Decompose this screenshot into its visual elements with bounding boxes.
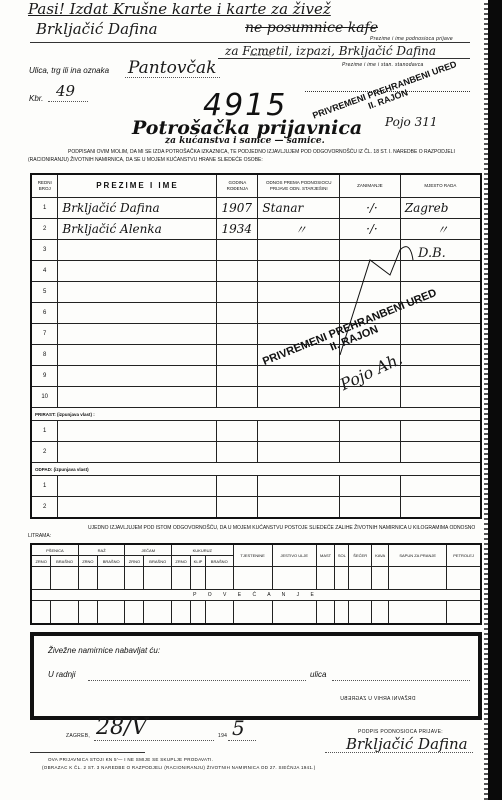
supply-cell[interactable]: [172, 601, 191, 625]
col-secer: ŠEĆER: [349, 544, 372, 567]
supplies-group-header: PŠENICA RAŽ JEČAM KUKURUZ TJESTENINE JES…: [31, 544, 481, 556]
footer-note-price: OVA PRIJAVNICA STOJI KN 5'— I NE SMIJE S…: [48, 757, 213, 762]
prirast-row: 1: [31, 421, 481, 442]
handwritten-note-line1: Pasi! Izdat Krušne karte i karte za žive…: [28, 0, 331, 18]
supply-cell[interactable]: [172, 567, 191, 590]
header-workplace: MJESTO RADA: [400, 174, 481, 198]
row-year[interactable]: 1907: [217, 198, 258, 219]
sub-brasno: BRAŠNO: [205, 556, 233, 567]
row-year[interactable]: [217, 303, 258, 324]
date-line: [94, 740, 214, 741]
sub-zrno: ZRNO: [31, 556, 51, 567]
group-raz: RAŽ: [78, 544, 125, 556]
supply-cell[interactable]: [125, 567, 144, 590]
supply-cell[interactable]: [272, 567, 316, 590]
odpad-label: ODPAD: (izpunjava vlast): [31, 463, 481, 476]
row-name[interactable]: [58, 497, 217, 519]
row-relation[interactable]: [258, 442, 340, 463]
supply-cell[interactable]: [389, 567, 447, 590]
col-tjestenine: TJESTENINE: [233, 544, 272, 567]
sub-brasno: BRAŠNO: [144, 556, 172, 567]
col-petrolej: PETROLEJ: [447, 544, 481, 567]
header-name: PREZIME I IME: [58, 174, 217, 198]
odpad-row: 1: [31, 476, 481, 497]
signature-value: Brkljačić Dafina: [346, 735, 468, 753]
house-no-value: 49: [56, 82, 75, 100]
row-year[interactable]: [217, 282, 258, 303]
row-workplace[interactable]: [400, 421, 481, 442]
sub-klip: KLIP: [191, 556, 206, 567]
row-workplace[interactable]: [400, 476, 481, 497]
label-procure: Živežne namirnice nabavljat ću:: [48, 646, 160, 655]
supply-cell[interactable]: [316, 601, 335, 625]
supply-cell[interactable]: [372, 601, 389, 625]
row-name[interactable]: [58, 442, 217, 463]
footer-rule: [30, 752, 145, 753]
supply-cell[interactable]: [447, 601, 481, 625]
row-relation[interactable]: Stanar: [258, 198, 340, 219]
store-field[interactable]: [88, 680, 306, 681]
row-relation[interactable]: [258, 240, 340, 261]
row-no: 6: [31, 303, 58, 324]
sub-zrno: ZRNO: [125, 556, 144, 567]
store-street-field[interactable]: [332, 680, 470, 681]
row-year[interactable]: [217, 476, 258, 497]
row-year[interactable]: [217, 387, 258, 408]
footer-note-regulation: (OBRAZAC K ČL. 2 ST. 3 NAREDBE O RAZPODJ…: [42, 765, 316, 770]
supply-cell[interactable]: [233, 601, 272, 625]
supply-cell[interactable]: [272, 601, 316, 625]
supply-store-box: Živežne namirnice nabavljat ću: U radnji…: [30, 632, 482, 720]
table-row: 1 Brkljačić Dafina 1907 Stanar ·/· Zagre…: [31, 198, 481, 219]
row-no: 2: [31, 442, 58, 463]
row-year[interactable]: [217, 366, 258, 387]
date-value: 28/V: [96, 715, 147, 740]
row-year[interactable]: [217, 324, 258, 345]
label-street: Ulica, trg ili ina oznaka: [29, 66, 109, 75]
row-name[interactable]: [58, 282, 217, 303]
row-relation[interactable]: [258, 497, 340, 519]
supply-cell[interactable]: [335, 601, 349, 625]
row-year[interactable]: [217, 240, 258, 261]
row-no: 4: [31, 261, 58, 282]
scan-edge-perforation: [484, 0, 488, 800]
applicant-name-line: [30, 42, 470, 43]
row-occupation[interactable]: [340, 421, 401, 442]
row-name[interactable]: [58, 303, 217, 324]
row-relation[interactable]: [258, 387, 340, 408]
povecanje-row: [31, 601, 481, 625]
supply-cell[interactable]: [144, 567, 172, 590]
table-row: 10: [31, 387, 481, 408]
supply-cell[interactable]: [51, 567, 79, 590]
row-name[interactable]: [58, 345, 217, 366]
row-workplace[interactable]: Zagreb: [400, 198, 481, 219]
row-no: 5: [31, 282, 58, 303]
row-year[interactable]: [217, 421, 258, 442]
row-workplace[interactable]: [400, 387, 481, 408]
year-value: 5: [232, 716, 245, 740]
label-landlord: Prezime i ime i stan. stanodavca: [342, 62, 424, 68]
odpad-row: 2: [31, 497, 481, 519]
supplies-table: PŠENICA RAŽ JEČAM KUKURUZ TJESTENINE JES…: [30, 543, 482, 625]
prirast-row: 2: [31, 442, 481, 463]
row-relation[interactable]: [258, 282, 340, 303]
row-no: 9: [31, 366, 58, 387]
sub-brasno: BRAŠNO: [51, 556, 79, 567]
supply-cell[interactable]: [144, 601, 172, 625]
row-name[interactable]: [58, 261, 217, 282]
archive-mark: DRŽAVNI ARHIV U ZAGREBU: [340, 696, 415, 702]
stamp-top-line1: PRIVREMENI PREHRANBENI URED: [311, 59, 458, 121]
header-occupation: ZANIMANJE: [340, 174, 401, 198]
label-applicant-name: Prezime i ime podnosioca prijave: [370, 36, 453, 42]
row-no: 2: [31, 497, 58, 519]
supplies-declaration: UJEDNO IZJAVLJUJEM POD ISTOM ODGOVORNOŠĆ…: [28, 524, 476, 540]
header-serial-no: REDNI BROJ: [31, 174, 58, 198]
handwritten-name-top: Brkljačić Dafina: [36, 20, 158, 38]
supply-cell[interactable]: [51, 601, 79, 625]
row-year[interactable]: [217, 345, 258, 366]
row-name[interactable]: Brkljačić Dafina: [58, 198, 217, 219]
table-row: 9: [31, 366, 481, 387]
row-relation[interactable]: [258, 476, 340, 497]
sub-brasno: BRAŠNO: [97, 556, 125, 567]
supply-cell[interactable]: [349, 567, 372, 590]
group-psenica: PŠENICA: [31, 544, 78, 556]
supply-cell[interactable]: [191, 601, 206, 625]
row-workplace[interactable]: [400, 366, 481, 387]
form-subtitle: za kućanstva i samce — samice.: [165, 136, 325, 146]
prirast-label: PRIRAST: (izpunjava vlast) :: [31, 408, 481, 421]
supply-cell[interactable]: [31, 567, 51, 590]
row-no: 7: [31, 324, 58, 345]
supply-cell[interactable]: [78, 567, 97, 590]
col-kava: KAVA: [372, 544, 389, 567]
odpad-section-header: ODPAD: (izpunjava vlast): [31, 463, 481, 476]
row-name[interactable]: Brkljačić Alenka: [58, 219, 217, 240]
row-workplace[interactable]: 〃: [400, 219, 481, 240]
supply-cell[interactable]: [447, 567, 481, 590]
group-kukuruz: KUKURUZ: [172, 544, 233, 556]
row-year[interactable]: [217, 497, 258, 519]
row-relation[interactable]: [258, 303, 340, 324]
row-no: 1: [31, 421, 58, 442]
prirast-section-header: PRIRAST: (izpunjava vlast) :: [31, 408, 481, 421]
row-no: 2: [31, 219, 58, 240]
row-occupation[interactable]: [340, 497, 401, 519]
supply-cell[interactable]: [97, 601, 125, 625]
row-year[interactable]: [217, 442, 258, 463]
supplies-row: [31, 567, 481, 590]
header-birth-year: GODINA ROĐENJA: [217, 174, 258, 198]
handwritten-note-line3: za Fcmetil, izpazi, Brkljačić Dafina: [225, 44, 436, 58]
row-relation[interactable]: [258, 261, 340, 282]
supply-cell[interactable]: [335, 567, 349, 590]
row-relation[interactable]: [258, 421, 340, 442]
house-no-line: [48, 101, 88, 102]
annotation-initials: D.B.: [418, 246, 446, 261]
year-line: [228, 740, 256, 741]
row-occupation[interactable]: ·/·: [340, 198, 401, 219]
row-workplace[interactable]: [400, 497, 481, 519]
declaration-text: PODPISANI OVIM MOLIM, DA MI SE IZDA POTR…: [28, 148, 476, 164]
handwritten-note-line2: ne posumnice kafe: [245, 20, 378, 36]
sub-zrno: ZRNO: [172, 556, 191, 567]
table-row: 2 Brkljačić Alenka 1934 〃 ·/· 〃: [31, 219, 481, 240]
supply-cell[interactable]: [31, 601, 51, 625]
supply-cell[interactable]: [205, 601, 233, 625]
row-no: 1: [31, 476, 58, 497]
supply-cell[interactable]: [191, 567, 206, 590]
col-sapun: SAPUN ZA PRANJE: [389, 544, 447, 567]
street-value: Pantovčak: [128, 58, 216, 78]
row-name[interactable]: [58, 240, 217, 261]
supply-cell[interactable]: [125, 601, 144, 625]
sub-zrno: ZRNO: [78, 556, 97, 567]
supply-cell[interactable]: [349, 601, 372, 625]
persons-table-header: REDNI BROJ PREZIME I IME GODINA ROĐENJA …: [31, 174, 481, 198]
signature-line: [325, 752, 473, 753]
row-occupation[interactable]: ·/·: [340, 219, 401, 240]
row-name[interactable]: [58, 324, 217, 345]
row-no: 1: [31, 198, 58, 219]
row-relation[interactable]: 〃: [258, 219, 340, 240]
row-no: 10: [31, 387, 58, 408]
row-name[interactable]: [58, 387, 217, 408]
label-store-street: ulica: [310, 670, 326, 679]
row-no: 3: [31, 240, 58, 261]
header-relation: ODNOS PREMA PODNOSIOCU PRIJAVE ODN. STAR…: [258, 174, 340, 198]
col-jestivo-ulje: JESTIVO ULJE: [272, 544, 316, 567]
row-name[interactable]: [58, 366, 217, 387]
supply-cell[interactable]: [233, 567, 272, 590]
supply-cell[interactable]: [389, 601, 447, 625]
label-place: ZAGREB,: [66, 733, 90, 739]
label-house-no: Kbr.: [29, 94, 43, 103]
pen-stroke-icon: [335, 240, 415, 360]
row-name[interactable]: [58, 421, 217, 442]
row-occupation[interactable]: [340, 476, 401, 497]
row-workplace[interactable]: [400, 442, 481, 463]
supply-cell[interactable]: [205, 567, 233, 590]
scan-edge: [488, 0, 502, 800]
year-prefix: 194: [218, 733, 227, 739]
povecanje-label: P O V E Ć A N J E: [31, 590, 481, 601]
povecanje-header: P O V E Ć A N J E: [31, 590, 481, 601]
supply-cell[interactable]: [97, 567, 125, 590]
row-occupation[interactable]: [340, 442, 401, 463]
supply-cell[interactable]: [372, 567, 389, 590]
row-year[interactable]: 1934: [217, 219, 258, 240]
supply-cell[interactable]: [316, 567, 335, 590]
group-jecam: JEČAM: [125, 544, 172, 556]
initials-top: Pojo 311: [385, 115, 437, 129]
row-no: 8: [31, 345, 58, 366]
row-name[interactable]: [58, 476, 217, 497]
label-store: U radnji: [48, 670, 76, 679]
row-year[interactable]: [217, 261, 258, 282]
landlord-line: [218, 58, 470, 59]
supply-cell[interactable]: [78, 601, 97, 625]
col-sol: SOL: [335, 544, 349, 567]
col-mast: MAST: [316, 544, 335, 567]
